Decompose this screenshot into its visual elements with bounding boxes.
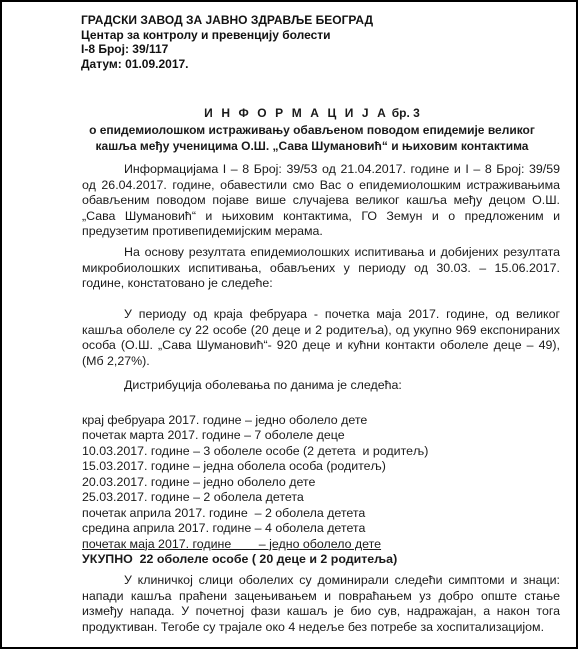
distribution-list: крај фебруара 2017. године – једно оболе… [82,413,428,568]
letterhead: ГРАДСКИ ЗАВОД ЗА ЈАВНО ЗДРАВЉЕ БЕОГРАД Ц… [81,13,373,71]
list-item: 10.03.2017. године – 3 оболеле особе (2 … [82,444,428,459]
list-item: почетак априла 2017. године – 2 оболела … [82,506,428,521]
paragraph-previous-information: Информацијама I – 8 Број: 39/53 од 21.04… [82,162,560,240]
title-heading: И Н Ф О Р М А Ц И Ј А бр. 3 [62,105,562,122]
paragraph-clinical-picture: У клиничкој слици оболелих су доминирали… [82,573,560,635]
title-number-text: бр. 3 [392,106,420,120]
list-item: 15.03.2017. године – једна оболела особа… [82,459,428,474]
distribution-total: УКУПНО 22 оболеле особе ( 20 деце и 2 ро… [82,552,428,567]
reference-number: I-8 Број: 39/117 [81,42,373,57]
list-item: крај фебруара 2017. године – једно оболе… [82,413,428,428]
paragraph-case-summary: У периоду од краја фебруара - почетка ма… [82,307,560,369]
list-item: средина априла 2017. године – 4 оболела … [82,521,428,536]
department-name: Центар за контролу и превенцију болести [81,28,373,43]
list-item: 20.03.2017. године – једно оболело дете [82,475,428,490]
institution-name: ГРАДСКИ ЗАВОД ЗА ЈАВНО ЗДРАВЉЕ БЕОГРАД [81,13,373,28]
paragraph-distribution-intro: Дистрибуција оболевања по данима је след… [82,378,560,394]
list-item: почетак марта 2017. године – 7 оболеле д… [82,428,428,443]
paragraph-investigation-results: На основу резултата епидемиолошких испит… [82,245,560,292]
document-title: И Н Ф О Р М А Ц И Ј А бр. 3 о епидемиоло… [62,105,562,155]
list-item: почетак маја 2017. године – једно оболел… [82,537,428,552]
title-word: И Н Ф О Р М А Ц И Ј А [204,106,388,120]
document-page: ГРАДСКИ ЗАВОД ЗА ЈАВНО ЗДРАВЉЕ БЕОГРАД Ц… [0,0,578,649]
document-date: Датум: 01.09.2017. [81,57,373,72]
title-number: бр. 3 [388,106,419,120]
title-subtitle-line2: кашља међу ученицима О.Ш. „Сава Шуманови… [62,138,562,155]
title-subtitle-line1: о епидемиолошком истраживању обављеном п… [62,122,562,139]
list-item: 25.03.2017. године – 2 оболела детета [82,490,428,505]
